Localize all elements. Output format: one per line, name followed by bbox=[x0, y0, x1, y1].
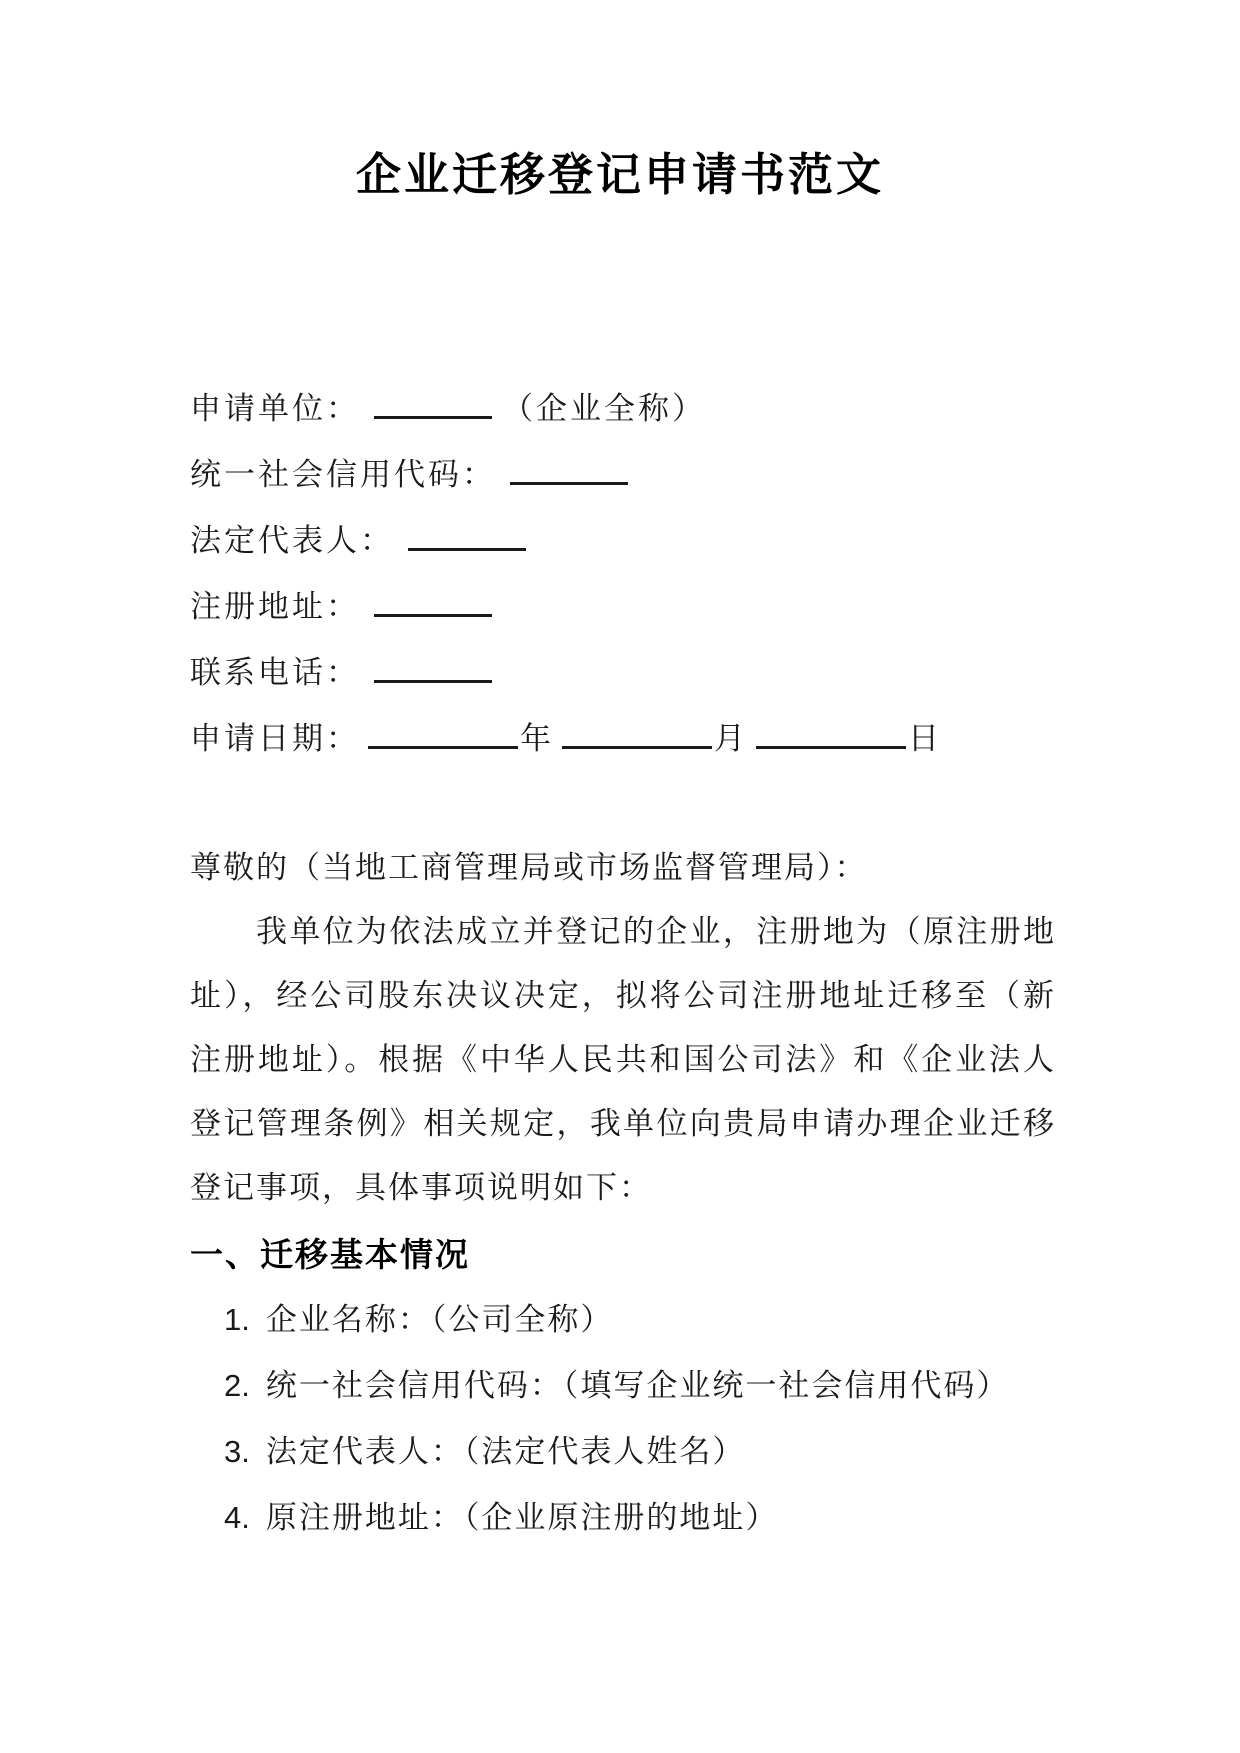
blank-line bbox=[374, 614, 492, 617]
field-label: 联系电话： bbox=[190, 655, 360, 691]
blank-line bbox=[562, 746, 712, 749]
blank-line bbox=[756, 746, 906, 749]
field-label: 法定代表人： bbox=[190, 523, 394, 559]
item-number: 3. bbox=[224, 1434, 250, 1469]
list-item-4: 4.原注册地址：（企业原注册的地址） bbox=[190, 1485, 1056, 1551]
item-number: 4. bbox=[224, 1500, 250, 1535]
body-paragraph: 我单位为依法成立并登记的企业，注册地为（原注册地址），经公司股东决议决定，拟将公… bbox=[190, 900, 1056, 1220]
form-row-credit-code: 统一社会信用代码： bbox=[190, 442, 942, 508]
list-item-2: 2.统一社会信用代码：（填写企业统一社会信用代码） bbox=[190, 1353, 1056, 1419]
item-text: 统一社会信用代码：（填写企业统一社会信用代码） bbox=[266, 1368, 1010, 1404]
form-row-applicant: 申请单位：（企业全称） bbox=[190, 376, 942, 442]
blank-line bbox=[510, 482, 628, 485]
letter-block: 尊敬的（当地工商管理局或市场监督管理局）： 我单位为依法成立并登记的企业，注册地… bbox=[190, 836, 1056, 1220]
blank-line bbox=[374, 416, 492, 419]
blank-line bbox=[408, 548, 526, 551]
field-label: 申请日期： bbox=[190, 721, 360, 757]
form-row-phone: 联系电话： bbox=[190, 640, 942, 706]
field-suffix: （企业全称） bbox=[502, 391, 706, 427]
salutation: 尊敬的（当地工商管理局或市场监督管理局）： bbox=[190, 836, 1056, 900]
item-text: 企业名称：（公司全称） bbox=[266, 1302, 614, 1338]
section-block: 一、迁移基本情况 1.企业名称：（公司全称） 2.统一社会信用代码：（填写企业统… bbox=[190, 1222, 1056, 1551]
field-label: 申请单位： bbox=[190, 391, 360, 427]
blank-line bbox=[374, 680, 492, 683]
form-row-legal-representative: 法定代表人： bbox=[190, 508, 942, 574]
page-title: 企业迁移登记申请书范文 bbox=[0, 138, 1240, 203]
form-row-registered-address: 注册地址： bbox=[190, 574, 942, 640]
day-label: 日 bbox=[908, 721, 942, 757]
blank-line bbox=[368, 746, 518, 749]
field-label: 注册地址： bbox=[190, 589, 360, 625]
list-item-3: 3.法定代表人：（法定代表人姓名） bbox=[190, 1419, 1056, 1485]
section-heading: 一、迁移基本情况 bbox=[190, 1222, 1056, 1287]
month-label: 月 bbox=[714, 721, 748, 757]
document-page: 企业迁移登记申请书范文 申请单位：（企业全称） 统一社会信用代码： 法定代表人：… bbox=[0, 0, 1240, 1753]
form-row-date: 申请日期：年月日 bbox=[190, 706, 942, 772]
item-text: 原注册地址：（企业原注册的地址） bbox=[266, 1500, 779, 1536]
item-number: 2. bbox=[224, 1368, 250, 1403]
form-block: 申请单位：（企业全称） 统一社会信用代码： 法定代表人： 注册地址： 联系电话：… bbox=[190, 376, 942, 772]
field-label: 统一社会信用代码： bbox=[190, 457, 496, 493]
item-number: 1. bbox=[224, 1302, 250, 1337]
year-label: 年 bbox=[520, 721, 554, 757]
list-item-1: 1.企业名称：（公司全称） bbox=[190, 1287, 1056, 1353]
item-text: 法定代表人：（法定代表人姓名） bbox=[266, 1434, 746, 1470]
